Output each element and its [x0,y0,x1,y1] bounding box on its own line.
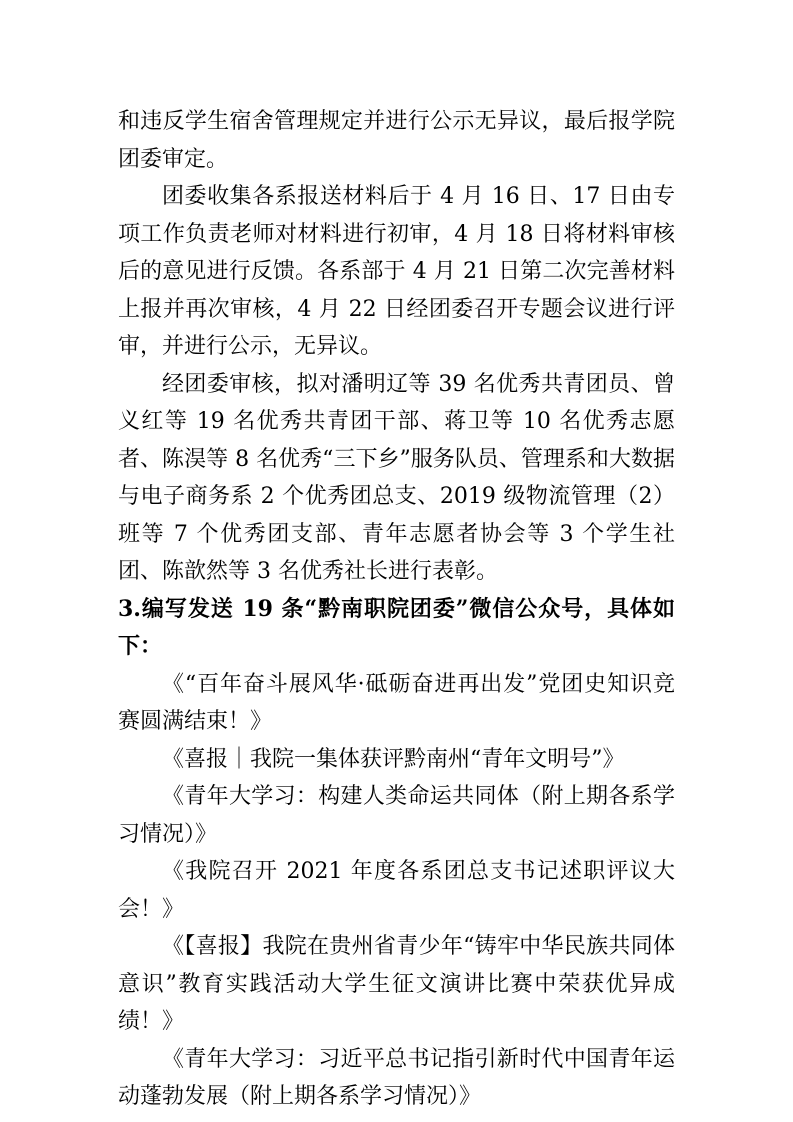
article-title-speech-contest-award: 《【喜报】我院在贵州省青少年“铸牢中华民族共同体意识”教育实践活动大学生征文演讲… [118,928,675,1041]
article-title-youth-civilization-award: 《喜报｜我院一集体获评黔南州“青年文明号”》 [118,741,675,779]
paragraph-material-review-timeline: 团委收集各系报送材料后于 4 月 16 日、17 日由专项工作负责老师对材料进行… [118,178,675,366]
document-page: 和违反学生宿舍管理规定并进行公示无异议，最后报学院团委审定。 团委收集各系报送材… [0,0,793,1122]
paragraph-dorm-rules-continuation: 和违反学生宿舍管理规定并进行公示无异议，最后报学院团委审定。 [118,103,675,178]
article-title-youth-study-movement: 《青年大学习：习近平总书记指引新时代中国青年运动蓬勃发展（附上期各系学习情况）》 [118,1041,675,1116]
article-title-youth-study-community: 《青年大学习：构建人类命运共同体（附上期各系学习情况）》 [118,778,675,853]
heading-wechat-articles: 3.编写发送 19 条“黔南职院团委”微信公众号，具体如下： [118,591,675,666]
article-title-party-history-quiz: 《“百年奋斗展风华·砥砺奋进再出发”党团史知识竞赛圆满结束！》 [118,666,675,741]
article-title-branch-secretary-review: 《我院召开 2021 年度各系团总支书记述职评议大会！》 [118,853,675,928]
paragraph-commendation-list: 经团委审核，拟对潘明辽等 39 名优秀共青团员、曾义红等 19 名优秀共青团干部… [118,366,675,591]
